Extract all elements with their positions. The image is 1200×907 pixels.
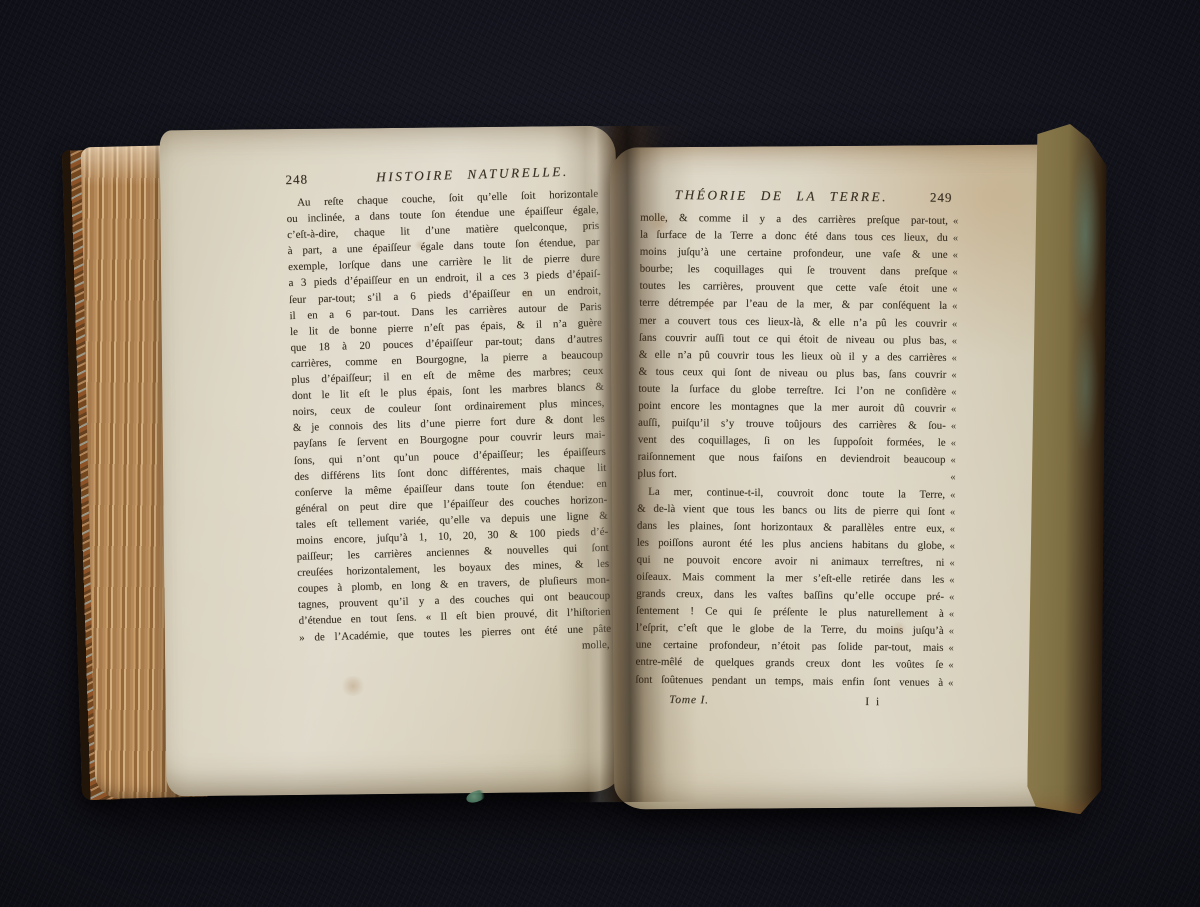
quote-continuation-mark: « [951,351,956,367]
quote-continuation-mark: « [950,487,955,503]
text-line: ſont ſoûtenues pendant un temps, mais en… [635,671,953,691]
quote-continuation-mark: « [948,658,953,674]
right-text-column: THÉORIE DE LA TERRE. 249 molle, & comme … [635,187,958,709]
quote-continuation-mark: « [949,590,954,606]
quote-continuation-mark: « [950,470,955,486]
left-page-number: 248 [285,170,347,188]
right-page-number: 249 [896,189,958,206]
quote-continuation-mark: « [949,607,954,623]
quote-continuation-mark: « [952,265,957,281]
quote-continuation-mark: « [949,539,954,555]
quote-continuation-mark: « [951,385,956,401]
quote-continuation-mark: « [952,248,957,264]
quote-continuation-mark: « [951,368,956,384]
right-page-block-fore-edge [1027,124,1107,815]
left-page: 248 HISTOIRE NATURELLE. Au reſte chaque … [160,126,623,797]
right-running-title: THÉORIE DE LA TERRE. [640,187,896,206]
quote-continuation-mark: « [949,573,954,589]
quote-continuation-mark: « [953,214,958,230]
quote-continuation-mark: « [953,231,958,247]
quote-continuation-mark: « [952,316,957,332]
right-page-text: molle, & comme il y a des carrières preſ… [635,210,958,692]
right-page: THÉORIE DE LA TERRE. 249 molle, & comme … [610,144,1065,809]
signature-mark: I i [865,696,881,708]
quote-continuation-mark: « [951,402,956,418]
quote-continuation-mark: « [948,641,953,657]
right-page-header: THÉORIE DE LA TERRE. 249 [640,187,958,206]
quote-continuation-mark: « [951,419,956,435]
quote-continuation-mark: « [952,282,957,298]
quote-continuation-mark: « [952,334,957,350]
quote-continuation-mark: « [949,556,954,572]
quote-continuation-mark: « [950,504,955,520]
quote-continuation-mark: « [952,299,957,315]
left-page-text: Au reſte chaque couche, ſoit qu’elle ſoi… [286,186,612,662]
quote-continuation-mark: « [950,522,955,538]
volume-label: Tome I. [669,694,709,706]
photo-scene: 248 HISTOIRE NATURELLE. Au reſte chaque … [0,0,1200,907]
quote-continuation-mark: « [949,624,954,640]
right-page-footer: Tome I. I i [635,693,953,708]
quote-continuation-mark: « [951,436,956,452]
quote-continuation-mark: « [950,453,955,469]
quote-continuation-mark: « [948,675,953,691]
left-page-header: 248 HISTOIRE NATURELLE. [285,163,597,188]
left-running-title: HISTOIRE NATURELLE. [347,163,597,186]
left-text-column: 248 HISTOIRE NATURELLE. Au reſte chaque … [285,163,611,662]
